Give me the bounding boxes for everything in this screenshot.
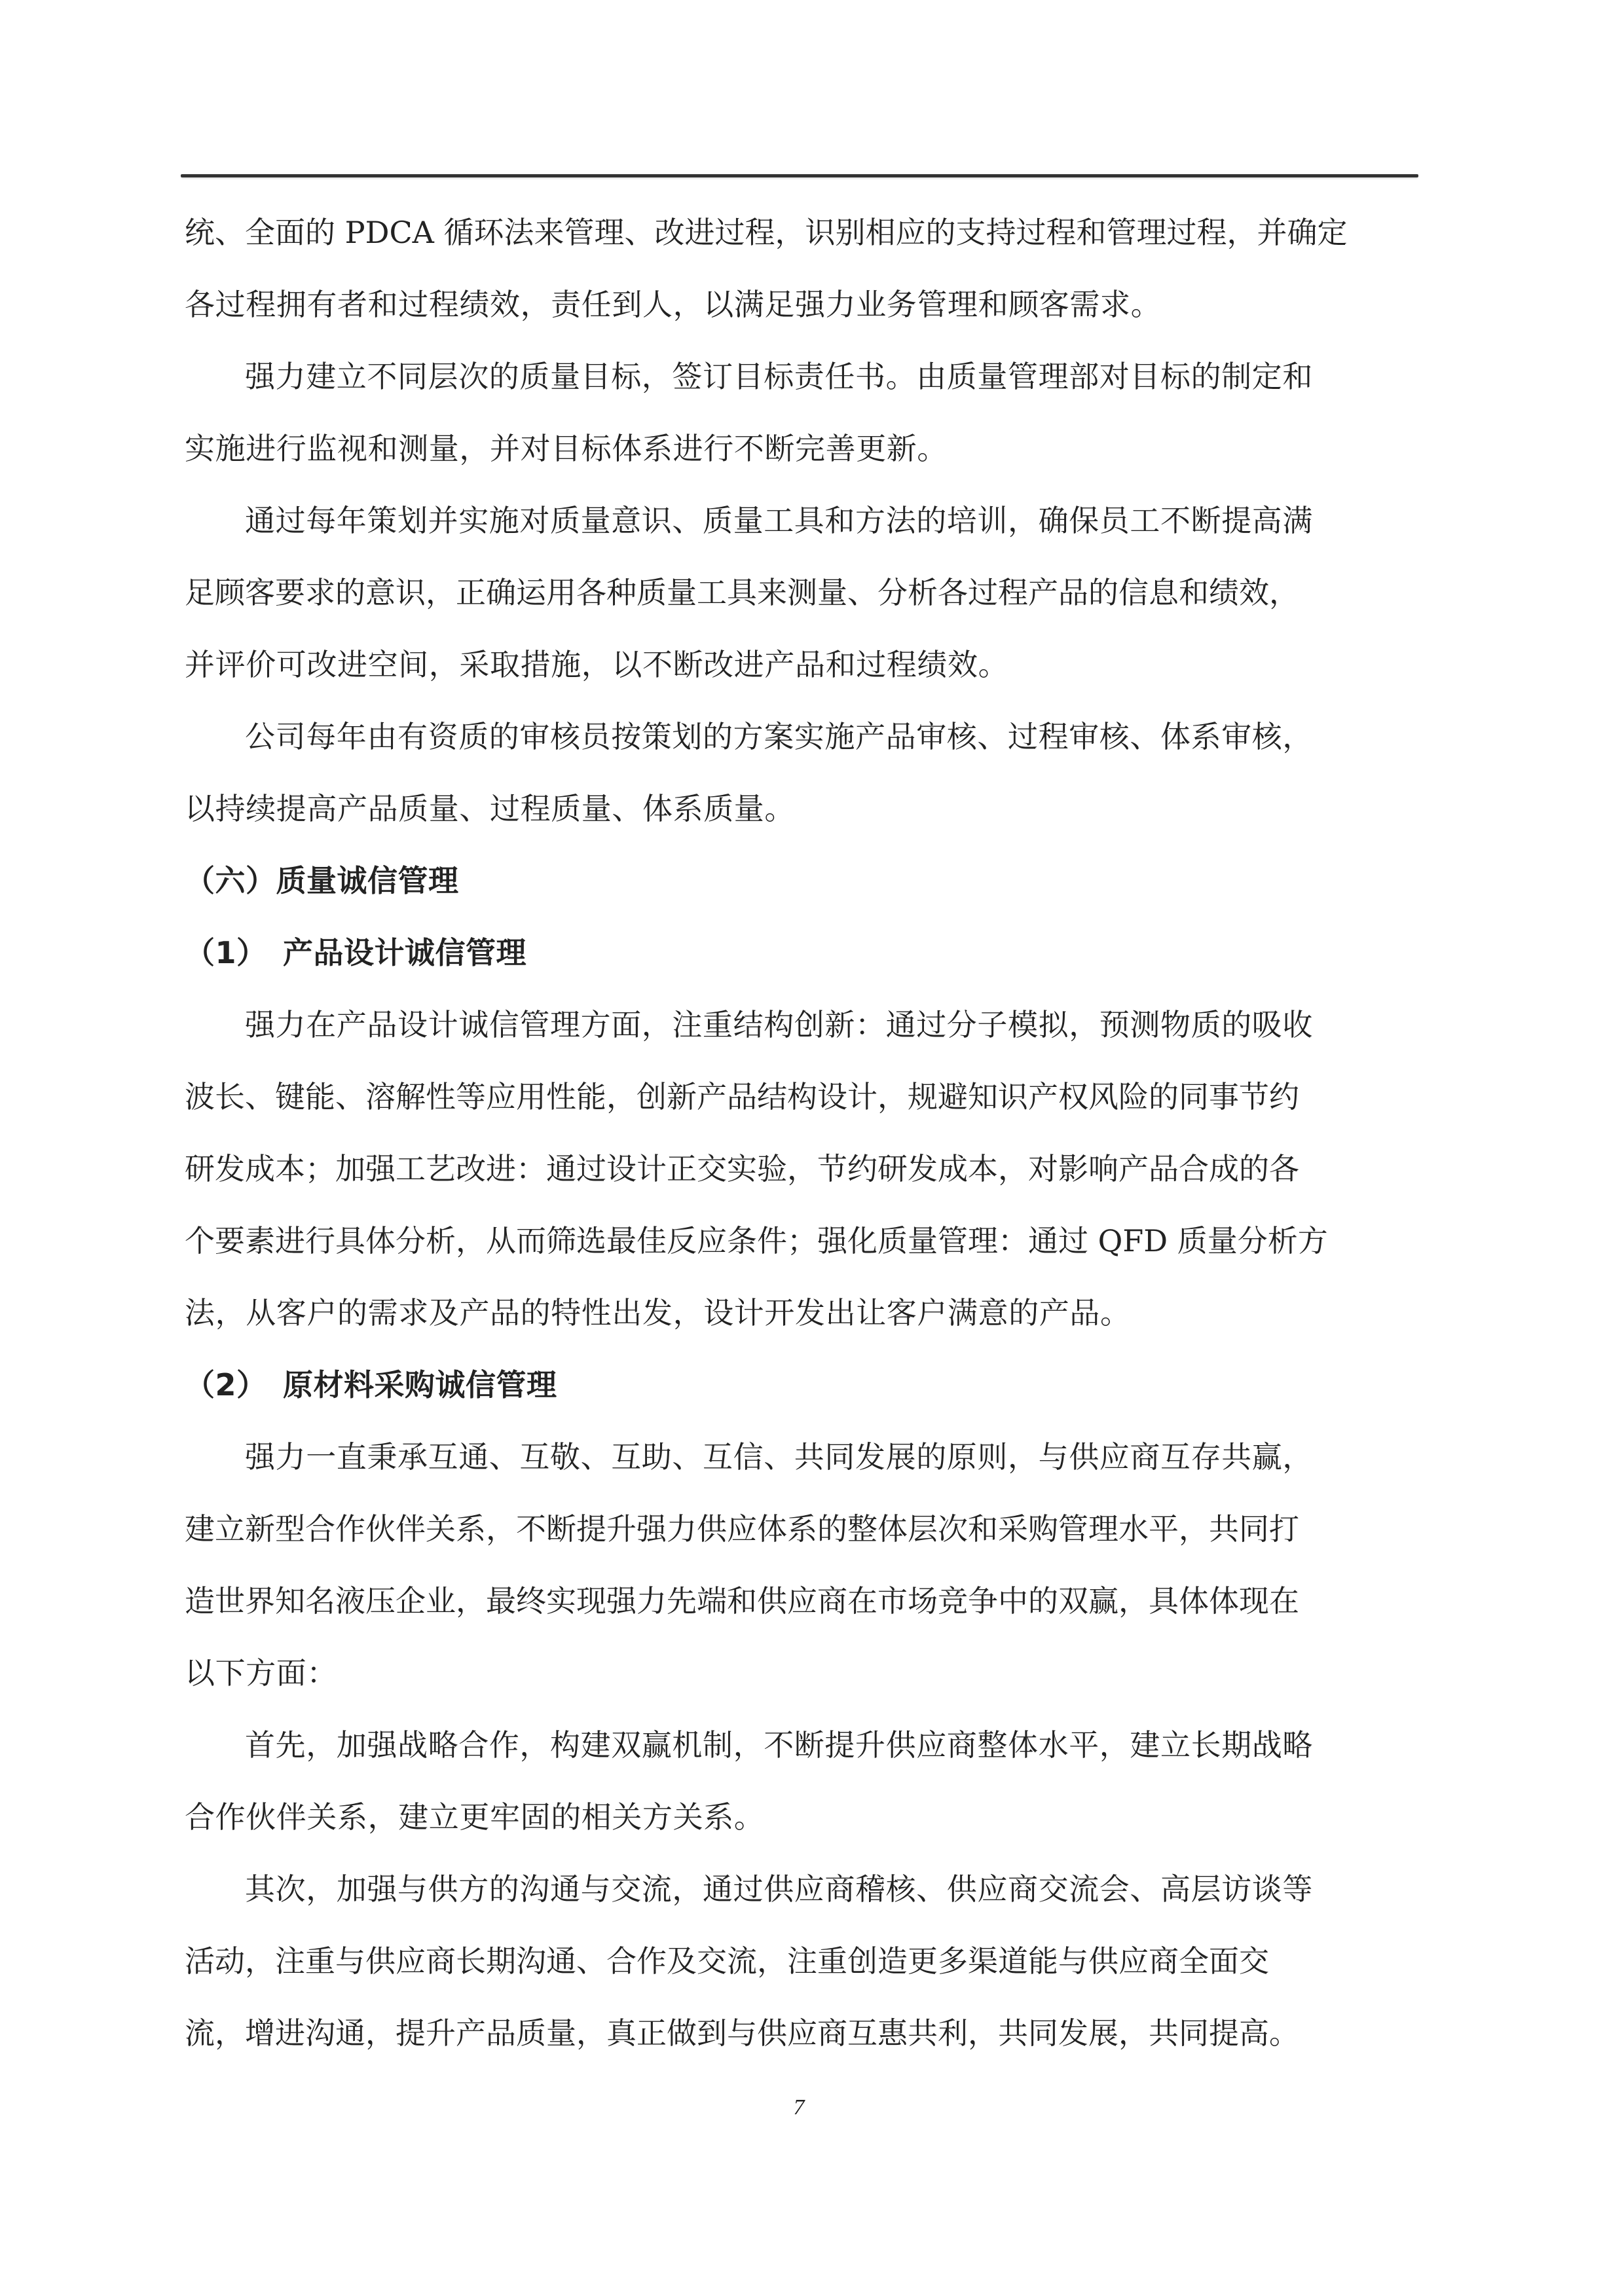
text-line: 合作伙伴关系，建立更牢固的相关方关系。 xyxy=(185,1781,1411,1853)
paragraph-product-design-integrity: 强力在产品设计诚信管理方面，注重结构创新：通过分子模拟，预测物质的吸收 波长、键… xyxy=(185,989,1411,1349)
text-line: 首先，加强战略合作，构建双赢机制，不断提升供应商整体水平，建立长期战略 xyxy=(185,1709,1411,1781)
text-line: 实施进行监视和测量，并对目标体系进行不断完善更新。 xyxy=(185,413,1411,485)
subsection-title: 产品设计诚信管理 xyxy=(283,935,526,970)
text-line: 足顾客要求的意识，正确运用各种质量工具来测量、分析各过程产品的信息和绩效， xyxy=(185,557,1411,629)
text-line: 统、全面的 PDCA 循环法来管理、改进过程，识别相应的支持过程和管理过程，并确… xyxy=(185,196,1411,268)
text-line: 活动，注重与供应商长期沟通、合作及交流，注重创造更多渠道能与供应商全面交 xyxy=(185,1925,1411,1997)
paragraph-strategic-cooperation: 首先，加强战略合作，构建双赢机制，不断提升供应商整体水平，建立长期战略 合作伙伴… xyxy=(185,1709,1411,1853)
text-line: 其次，加强与供方的沟通与交流，通过供应商稽核、供应商交流会、高层访谈等 xyxy=(185,1853,1411,1925)
text-line: 强力在产品设计诚信管理方面，注重结构创新：通过分子模拟，预测物质的吸收 xyxy=(185,989,1411,1061)
text-line: 个要素进行具体分析，从而筛选最佳反应条件；强化质量管理：通过 QFD 质量分析方 xyxy=(185,1205,1411,1277)
text-line: 强力建立不同层次的质量目标，签订目标责任书。由质量管理部对目标的制定和 xyxy=(185,340,1411,413)
subsection-number: （1） xyxy=(185,917,283,989)
page-body: 统、全面的 PDCA 循环法来管理、改进过程，识别相应的支持过程和管理过程，并确… xyxy=(185,196,1411,2069)
text-line: 以持续提高产品质量、过程质量、体系质量。 xyxy=(185,773,1411,845)
text-line: 各过程拥有者和过程绩效，责任到人，以满足强力业务管理和顾客需求。 xyxy=(185,268,1411,340)
subsection-title: 原材料采购诚信管理 xyxy=(283,1367,557,1403)
section-title: 质量诚信管理 xyxy=(276,863,459,898)
text-line: 公司每年由有资质的审核员按策划的方案实施产品审核、过程审核、体系审核， xyxy=(185,701,1411,773)
text-line: 造世界知名液压企业，最终实现强力先端和供应商在市场竞争中的双赢，具体体现在 xyxy=(185,1565,1411,1637)
paragraph-quality-objectives: 强力建立不同层次的质量目标，签订目标责任书。由质量管理部对目标的制定和 实施进行… xyxy=(185,340,1411,485)
paragraph-annual-audit: 公司每年由有资质的审核员按策划的方案实施产品审核、过程审核、体系审核， 以持续提… xyxy=(185,701,1411,845)
paragraph-supplier-communication: 其次，加强与供方的沟通与交流，通过供应商稽核、供应商交流会、高层访谈等 活动，注… xyxy=(185,1853,1411,2069)
page-number: 7 xyxy=(786,2095,812,2120)
text-line: 并评价可改进空间，采取措施，以不断改进产品和过程绩效。 xyxy=(185,629,1411,701)
paragraph-pdca-continuation: 统、全面的 PDCA 循环法来管理、改进过程，识别相应的支持过程和管理过程，并确… xyxy=(185,196,1411,340)
text-line: 通过每年策划并实施对质量意识、质量工具和方法的培训，确保员工不断提高满 xyxy=(185,485,1411,557)
section-heading-quality-integrity: （六）质量诚信管理 xyxy=(185,845,1411,917)
paragraph-supplier-principles: 强力一直秉承互通、互敬、互助、互信、共同发展的原则，与供应商互存共赢， 建立新型… xyxy=(185,1421,1411,1709)
text-line: 流，增进沟通，提升产品质量，真正做到与供应商互惠共利，共同发展，共同提高。 xyxy=(185,1997,1411,2069)
text-line: 以下方面： xyxy=(185,1637,1411,1709)
text-line: 建立新型合作伙伴关系，不断提升强力供应体系的整体层次和采购管理水平，共同打 xyxy=(185,1493,1411,1565)
header-rule xyxy=(181,174,1418,177)
subsection-number: （2） xyxy=(185,1349,283,1421)
text-line: 法，从客户的需求及产品的特性出发，设计开发出让客户满意的产品。 xyxy=(185,1277,1411,1349)
text-line: 波长、键能、溶解性等应用性能，创新产品结构设计，规避知识产权风险的同事节约 xyxy=(185,1061,1411,1133)
text-line: 强力一直秉承互通、互敬、互助、互信、共同发展的原则，与供应商互存共赢， xyxy=(185,1421,1411,1493)
subsection-heading-raw-material-procurement: （2）原材料采购诚信管理 xyxy=(185,1349,1411,1421)
section-number: （六） xyxy=(185,845,276,917)
text-line: 研发成本；加强工艺改进：通过设计正交实验，节约研发成本，对影响产品合成的各 xyxy=(185,1133,1411,1205)
subsection-heading-product-design: （1）产品设计诚信管理 xyxy=(185,917,1411,989)
paragraph-quality-training: 通过每年策划并实施对质量意识、质量工具和方法的培训，确保员工不断提高满 足顾客要… xyxy=(185,485,1411,701)
